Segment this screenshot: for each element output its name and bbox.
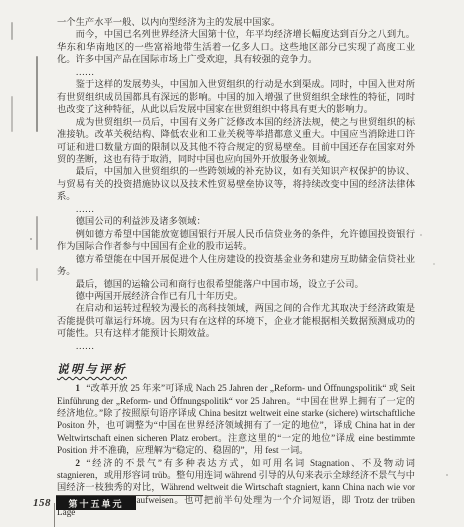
body-paragraph: 鉴于这样的发展势头，中国加入世贸组织的行动是水到渠成。同时，中国入世对所有世贸组… [57,79,415,116]
ellipsis-marker: …… [57,204,415,216]
note-paragraph: 1“改革开放 25 年来”可译成 Nach 25 Jahren der „Ref… [57,382,415,456]
ellipsis-marker: …… [57,67,415,79]
scan-speck [30,238,32,240]
body-paragraph: 德国公司的利益涉及诸多领域： [57,216,415,228]
body-paragraph: 德方希望能在中国开展促进个人住房建设的投资基金业务和建房互助储金信贷社业务。 [57,254,415,279]
unit-label: 第十五单元 [68,497,123,510]
scan-speck [420,234,422,236]
scan-artifact-line [11,22,13,40]
body-paragraph: 而今，中国已名列世界经济大国第十位，年平均经济增长幅度达到百分之八到九。华东和华… [57,29,415,66]
note-text: “改革开放 25 年来”可译成 Nach 25 Jahren der „Refo… [57,383,415,455]
body-paragraph: 最后，中国加入世贸组织的一些跨领域的补充协议，如有关知识产权保护的协议、与贸易有… [57,166,415,203]
body-paragraph: 德中两国开展经济合作已有几十年历史。 [57,291,415,303]
body-paragraph: 例如德方希望中国能放宽德国银行开展人民币信贷业务的条件，允许德国投资银行作为国际… [57,229,415,254]
scan-speck [433,263,435,265]
scan-artifact-line [11,96,13,132]
page-content: 一个生产水平一般、以内向型经济为主的发展中国家。 而今，中国已名列世界经济大国第… [57,17,415,519]
scan-artifact-line [36,56,38,132]
ellipsis-marker: …… [57,341,415,353]
body-paragraph: 在启动和运转过程较为漫长的高科技领域，两国之间的合作尤其取决于经济政策是否能提供… [57,303,415,340]
note-number: 2 [75,458,80,468]
section-heading: 说明与评析 [57,364,127,376]
scan-artifact-line [36,216,38,250]
section-heading-row: 说明与评析 [57,358,415,374]
body-paragraph: 最后，德国的运输公司和商行也很希望能落户中国市场，设立子公司。 [57,279,415,291]
body-paragraph: 成为世贸组织一员后，中国有义务广泛修改本国的经济法规，使之与世贸组织的标准接轨。… [57,117,415,167]
note-number: 1 [75,383,80,393]
scan-speck [446,474,448,476]
scanned-textbook-page: 一个生产水平一般、以内向型经济为主的发展中国家。 而今，中国已名列世界经济大国第… [0,0,464,527]
body-paragraph: 一个生产水平一般、以内向型经济为主的发展中国家。 [57,17,415,29]
footer-vertical-line [54,503,55,527]
unit-label-bar: 第十五单元 [56,496,136,510]
page-number: 158 [33,497,51,509]
scan-artifact-line [36,268,38,281]
